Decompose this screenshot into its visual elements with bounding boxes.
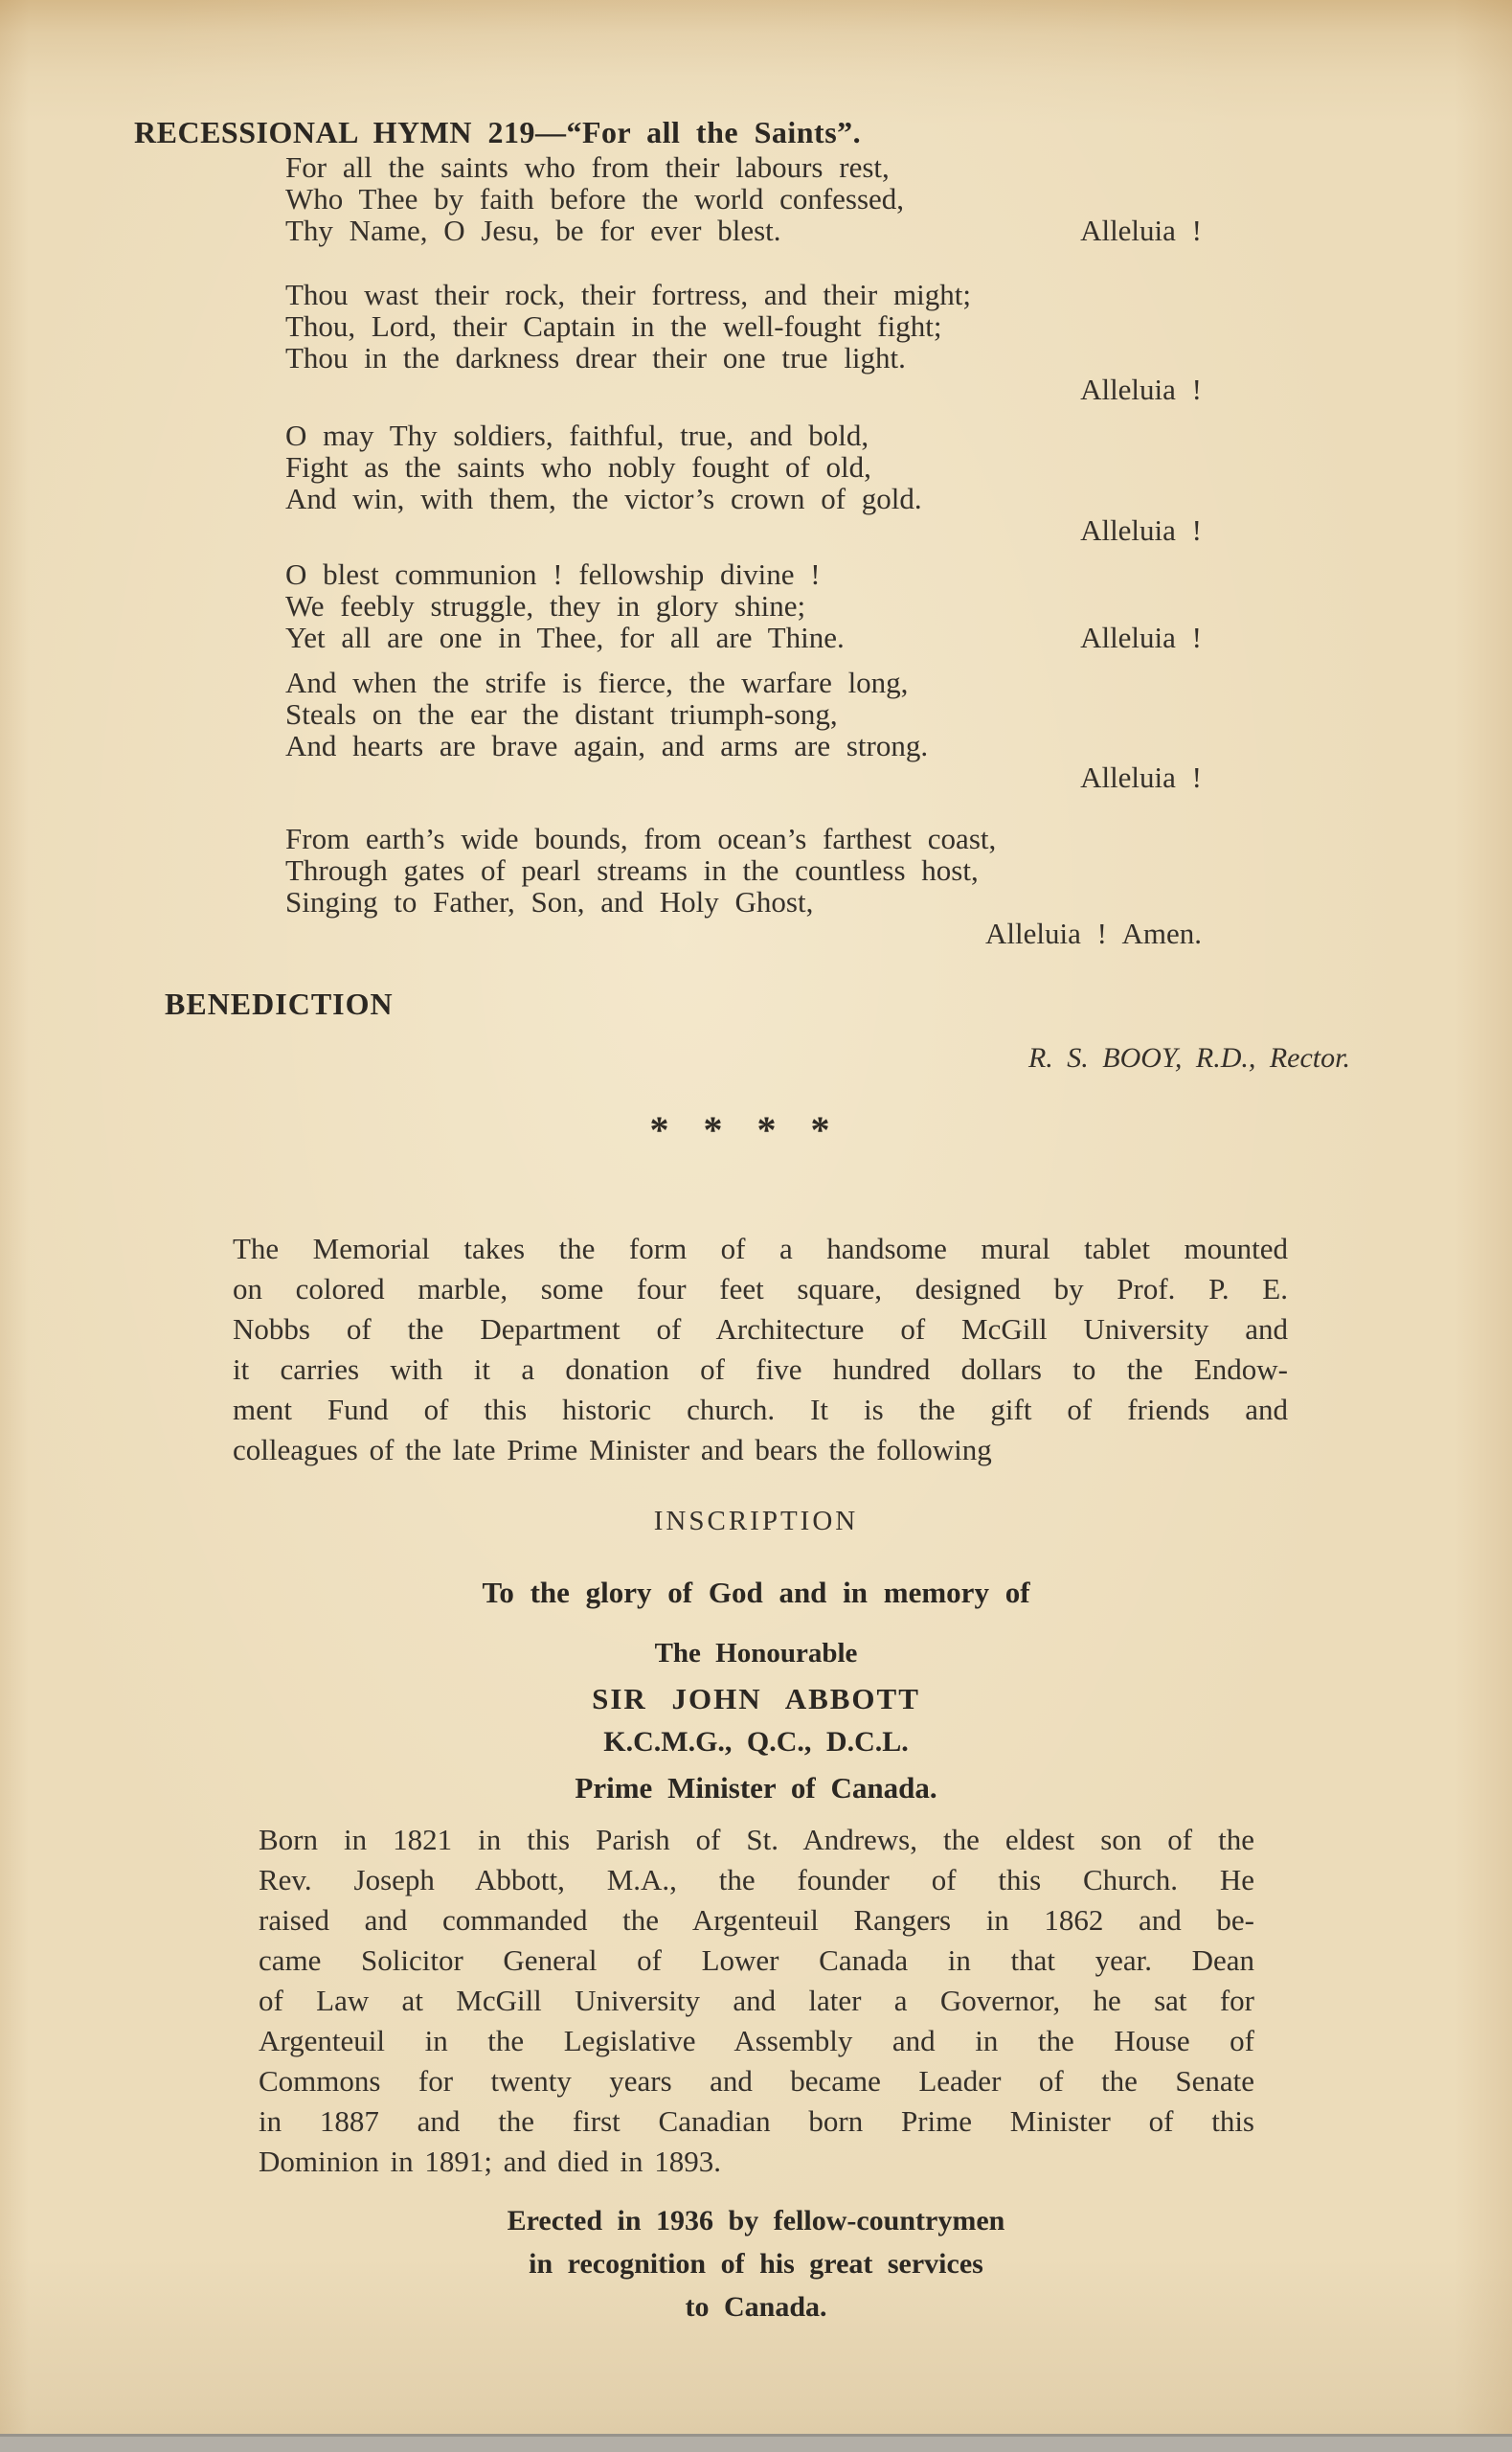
asterisk-divider: * * * * xyxy=(0,1107,1479,1152)
inscription-heading: INSCRIPTION xyxy=(0,1506,1512,1537)
erected-line: in recognition of his great services xyxy=(0,2242,1512,2285)
paragraph-line: Nobbs of the Department of Architecture … xyxy=(233,1309,1288,1350)
refrain-line: Alleluia ! xyxy=(285,514,1202,546)
hymn-stanza-5: And when the strife is fierce, the warfa… xyxy=(285,667,1202,793)
inscription-name: SIR JOHN ABBOTT xyxy=(0,1682,1512,1716)
hymn-line: And when the strife is fierce, the warfa… xyxy=(285,667,1202,698)
paragraph-line: Commons for twenty years and became Lead… xyxy=(259,2061,1254,2101)
hymn-line: Thou in the darkness drear their one tru… xyxy=(285,342,1202,374)
refrain-text: Alleluia ! xyxy=(1080,215,1202,246)
hymn-line: Thou wast their rock, their fortress, an… xyxy=(285,279,1202,310)
rector-signature: R. S. BOOY, R.D., Rector. xyxy=(287,1042,1350,1075)
hymn-line: From earth’s wide bounds, from ocean’s f… xyxy=(285,823,1202,854)
paragraph-line: came Solicitor General of Lower Canada i… xyxy=(259,1941,1254,1981)
refrain-line: Alleluia ! xyxy=(285,374,1202,405)
hymn-line: And win, with them, the victor’s crown o… xyxy=(285,483,1202,514)
hymn-line: Thou, Lord, their Captain in the well-fo… xyxy=(285,310,1202,342)
hymn-line: Singing to Father, Son, and Holy Ghost, xyxy=(285,886,1202,918)
paragraph-line: Dominion in 1891; and died in 1893. xyxy=(259,2142,1254,2182)
paragraph-line: Argenteuil in the Legislative Assembly a… xyxy=(259,2021,1254,2061)
benediction-heading: BENEDICTION xyxy=(165,987,394,1022)
refrain-line: Alleluia ! xyxy=(285,761,1202,793)
hymn-stanza-1: For all the saints who from their labour… xyxy=(285,151,1202,246)
paragraph-line: of Law at McGill University and later a … xyxy=(259,1981,1254,2021)
inscription-honorific: The Honourable xyxy=(0,1638,1512,1669)
hymn-line-text: Yet all are one in Thee, for all are Thi… xyxy=(285,622,845,653)
inscription-title: Prime Minister of Canada. xyxy=(0,1771,1512,1805)
hymn-line: O may Thy soldiers, faithful, true, and … xyxy=(285,420,1202,451)
paragraph-line: The Memorial takes the form of a handsom… xyxy=(233,1229,1288,1269)
paragraph-line: ment Fund of this historic church. It is… xyxy=(233,1390,1288,1430)
hymn-line-with-refrain: Yet all are one in Thee, for all are Thi… xyxy=(285,622,1202,653)
scan-edge-strip xyxy=(0,2434,1512,2452)
hymn-line: We feebly struggle, they in glory shine; xyxy=(285,590,1202,622)
inscription-honours: K.C.M.G., Q.C., D.C.L. xyxy=(0,1726,1512,1759)
scanned-page: RECESSIONAL HYMN 219—“For all the Saints… xyxy=(0,0,1512,2452)
paragraph-line: raised and commanded the Argenteuil Rang… xyxy=(259,1900,1254,1941)
hymn-stanza-3: O may Thy soldiers, faithful, true, and … xyxy=(285,420,1202,546)
paragraph-line: Born in 1821 in this Parish of St. Andre… xyxy=(259,1820,1254,1860)
paragraph-line: it carries with it a donation of five hu… xyxy=(233,1350,1288,1390)
paragraph-line: colleagues of the late Prime Minister an… xyxy=(233,1430,1288,1470)
hymn-line: For all the saints who from their labour… xyxy=(285,151,1202,183)
hymn-line-text: Thy Name, O Jesu, be for ever blest. xyxy=(285,215,781,246)
hymn-line: Steals on the ear the distant triumph-so… xyxy=(285,698,1202,730)
paragraph-line: Rev. Joseph Abbott, M.A., the founder of… xyxy=(259,1860,1254,1900)
hymn-line: Through gates of pearl streams in the co… xyxy=(285,854,1202,886)
paragraph-line: in 1887 and the first Canadian born Prim… xyxy=(259,2101,1254,2142)
hymn-line: Who Thee by faith before the world confe… xyxy=(285,183,1202,215)
hymn-stanza-6: From earth’s wide bounds, from ocean’s f… xyxy=(285,823,1202,949)
hymn-line-with-refrain: Thy Name, O Jesu, be for ever blest. All… xyxy=(285,215,1202,246)
hymn-stanza-4: O blest communion ! fellowship divine ! … xyxy=(285,558,1202,653)
hymn-line: Fight as the saints who nobly fought of … xyxy=(285,451,1202,483)
hymn-heading: RECESSIONAL HYMN 219—“For all the Saints… xyxy=(134,115,1379,150)
biography-paragraph: Born in 1821 in this Parish of St. Andre… xyxy=(259,1820,1254,2182)
memorial-paragraph: The Memorial takes the form of a handsom… xyxy=(233,1229,1288,1470)
hymn-line: And hearts are brave again, and arms are… xyxy=(285,730,1202,761)
inscription-dedication: To the glory of God and in memory of xyxy=(0,1576,1512,1610)
erected-block: Erected in 1936 by fellow-countrymen in … xyxy=(0,2199,1512,2328)
refrain-amen-line: Alleluia ! Amen. xyxy=(285,918,1202,949)
hymn-stanza-2: Thou wast their rock, their fortress, an… xyxy=(285,279,1202,405)
paragraph-line: on colored marble, some four feet square… xyxy=(233,1269,1288,1309)
refrain-text: Alleluia ! xyxy=(1080,622,1202,653)
hymn-line: O blest communion ! fellowship divine ! xyxy=(285,558,1202,590)
erected-line: Erected in 1936 by fellow-countrymen xyxy=(0,2199,1512,2242)
erected-line: to Canada. xyxy=(0,2285,1512,2328)
